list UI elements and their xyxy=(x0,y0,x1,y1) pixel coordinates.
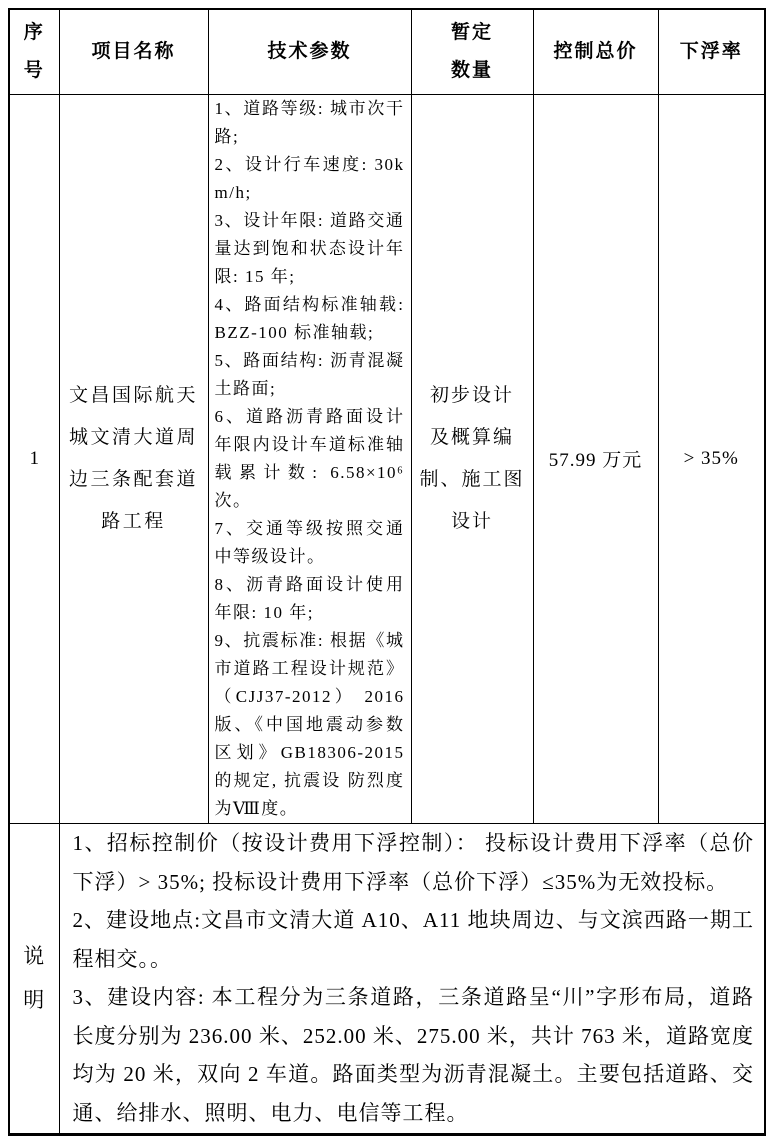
cell-control-price: 57.99 万元 xyxy=(533,94,658,823)
cell-notes-label: 说 明 xyxy=(9,823,59,1134)
cell-notes-content: 1、招标控制价（按设计费用下浮控制）： 投标设计费用下浮率（总价下浮）> 35%… xyxy=(59,823,765,1134)
cell-discount-rate: > 35% xyxy=(658,94,765,823)
header-seq: 序 号 xyxy=(9,9,59,94)
note-item: 2、建设地点:文昌市文清大道 A10、A11 地块周边、与文滨西路一期工程相交。… xyxy=(73,901,755,978)
notes-label-line2: 明 xyxy=(10,978,59,1022)
note-item: 3、建设内容: 本工程分为三条道路，三条道路呈“川”字形布局，道路长度分别为 2… xyxy=(73,978,755,1132)
quantity-line: 制、施工图 xyxy=(412,459,533,501)
tech-param-item: 4、路面结构标准轴载: BZZ-100 标准轴载; xyxy=(215,291,405,347)
cell-project-name: 文昌国际航天 城文清大道周 边三条配套道 路工程 xyxy=(59,94,208,823)
header-tentative-quantity-line2: 数量 xyxy=(412,52,533,90)
tech-param-item: 5、路面结构: 沥青混凝土路面; xyxy=(215,347,405,403)
cell-tech-params: 1、道路等级: 城市次干路; 2、设计行车速度: 30km/h; 3、设计年限:… xyxy=(208,94,411,823)
header-control-price-label: 控制总价 xyxy=(534,33,658,71)
project-name-line: 文昌国际航天 xyxy=(60,375,208,417)
tech-param-item: 2、设计行车速度: 30km/h; xyxy=(215,151,405,207)
header-project-name-label: 项目名称 xyxy=(60,33,208,71)
cell-tentative-quantity: 初步设计 及概算编 制、施工图 设计 xyxy=(411,94,533,823)
quantity-line: 及概算编 xyxy=(412,417,533,459)
header-discount-rate: 下浮率 xyxy=(658,9,765,94)
tech-param-item: 3、设计年限: 道路交通量达到饱和状态设计年限: 15 年; xyxy=(215,207,405,291)
cell-seq: 1 xyxy=(9,94,59,823)
header-control-price: 控制总价 xyxy=(533,9,658,94)
quantity-line: 初步设计 xyxy=(412,375,533,417)
header-seq-line2: 号 xyxy=(10,52,59,90)
tech-param-item: 6、道路沥青路面设计年限内设计车道标准轴载累计数: 6.58×10⁶次。 xyxy=(215,403,405,515)
project-name-line: 城文清大道周 xyxy=(60,417,208,459)
note-item: 1、招标控制价（按设计费用下浮控制）： 投标设计费用下浮率（总价下浮）> 35%… xyxy=(73,824,755,901)
table-row: 1 文昌国际航天 城文清大道周 边三条配套道 路工程 1、道路等级: 城市次干路… xyxy=(9,94,765,823)
header-discount-rate-label: 下浮率 xyxy=(659,33,765,71)
header-tentative-quantity-line1: 暂定 xyxy=(412,14,533,52)
project-name-line: 路工程 xyxy=(60,501,208,543)
tech-param-item: 1、道路等级: 城市次干路; xyxy=(215,95,405,151)
header-seq-line1: 序 xyxy=(10,14,59,52)
project-name-line: 边三条配套道 xyxy=(60,459,208,501)
tech-param-item: 9、抗震标准: 根据《城市道路工程设计规范》（CJJ37-2012） 2016 … xyxy=(215,627,405,823)
table-header-row: 序 号 项目名称 技术参数 暂定 数量 控制总价 下浮率 xyxy=(9,9,765,94)
procurement-table: 序 号 项目名称 技术参数 暂定 数量 控制总价 下浮率 1 文昌国际 xyxy=(8,8,766,1136)
notes-row: 说 明 1、招标控制价（按设计费用下浮控制）： 投标设计费用下浮率（总价下浮）>… xyxy=(9,823,765,1134)
document-page: 序 号 项目名称 技术参数 暂定 数量 控制总价 下浮率 1 文昌国际 xyxy=(0,0,771,1112)
tech-param-item: 7、交通等级按照交通中等级设计。 xyxy=(215,515,405,571)
quantity-line: 设计 xyxy=(412,501,533,543)
header-tentative-quantity: 暂定 数量 xyxy=(411,9,533,94)
header-tech-params-label: 技术参数 xyxy=(209,33,411,71)
header-tech-params: 技术参数 xyxy=(208,9,411,94)
header-project-name: 项目名称 xyxy=(59,9,208,94)
notes-label-line1: 说 xyxy=(10,934,59,978)
tech-param-item: 8、沥青路面设计使用年限: 10 年; xyxy=(215,571,405,627)
